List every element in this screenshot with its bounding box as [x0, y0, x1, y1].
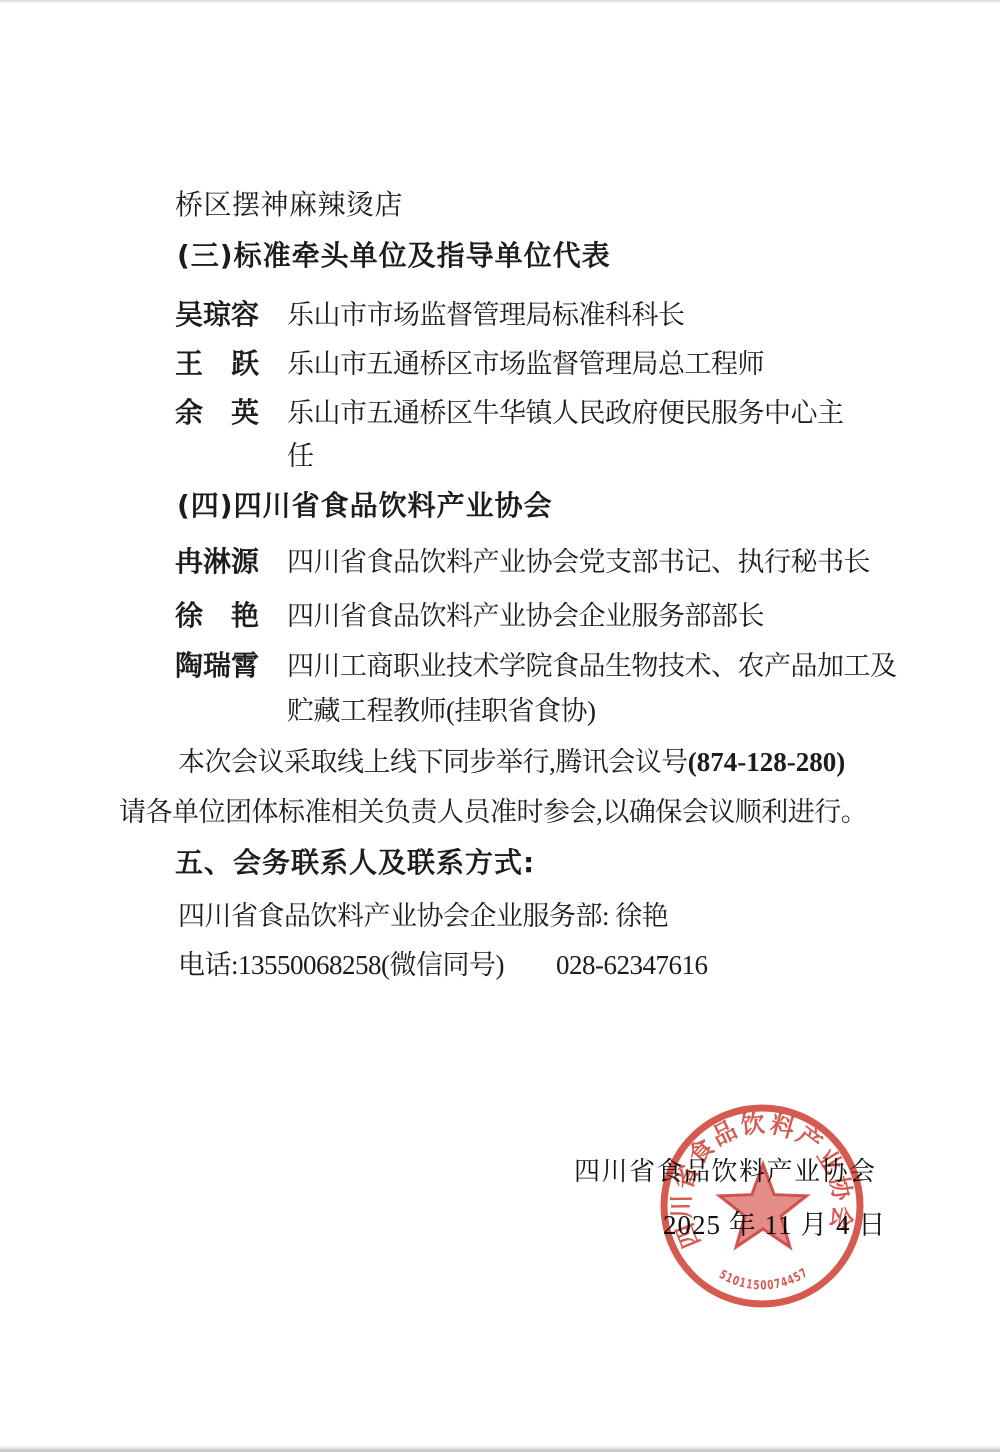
- rep-name: 余 英: [175, 391, 287, 431]
- rep-title: 乐山市五通桥区市场监督管理局总工程师: [287, 349, 764, 379]
- rep-name: 冉淋源: [175, 540, 287, 580]
- rep-title: 乐山市五通桥区牛华镇人民政府便民服务中心主: [287, 398, 844, 428]
- seal-star: [719, 1164, 806, 1247]
- representative-row: 余 英乐山市五通桥区牛华镇人民政府便民服务中心主: [175, 391, 844, 431]
- phone-line: 电话:13550068258(微信同号)028-62347616: [178, 949, 708, 981]
- office-phone-number: 028-62347616: [556, 950, 708, 980]
- official-seal: 四川省食品饮料产业协会 5101150074457: [650, 1096, 874, 1320]
- phone-label: 电话:: [178, 950, 238, 980]
- seal-serial-holder: 5101150074457: [717, 1264, 811, 1292]
- meeting-note-text: 本次会议采取线上线下同步举行,腾讯会议号: [178, 747, 688, 777]
- rep-title: 四川工商职业技术学院食品生物技术、农产品加工及: [287, 651, 897, 681]
- scan-edge-bottom: [0, 1445, 1000, 1452]
- scan-edge-top: [0, 0, 1000, 4]
- rep-title: 四川省食品饮料产业协会企业服务部部长: [287, 601, 764, 631]
- section-three-heading: (三)标准牵头单位及指导单位代表: [177, 239, 611, 273]
- meeting-id: (874-128-280): [688, 747, 845, 777]
- mobile-phone-number: 13550068258(微信同号): [238, 950, 504, 980]
- representative-row: 冉淋源四川省食品饮料产业协会党支部书记、执行秘书长: [175, 540, 870, 580]
- rep-name: 陶瑞霄: [175, 644, 287, 684]
- contact-line: 四川省食品饮料产业协会企业服务部: 徐艳: [178, 900, 668, 932]
- representative-row: 陶瑞霄四川工商职业技术学院食品生物技术、农产品加工及: [175, 644, 897, 684]
- rep-title: 乐山市市场监督管理局标准科科长: [287, 300, 685, 330]
- document-page: 桥区摆神麻辣烫店 (三)标准牵头单位及指导单位代表 吴琼容乐山市市场监督管理局标…: [0, 0, 1000, 1452]
- representative-row: 徐 艳四川省食品饮料产业协会企业服务部部长: [175, 594, 764, 634]
- wrap-line: 桥区摆神麻辣烫店: [175, 189, 403, 223]
- rep-title-wrap: 贮藏工程教师(挂职省食协): [287, 695, 595, 727]
- representative-row: 王 跃乐山市五通桥区市场监督管理局总工程师: [175, 342, 764, 382]
- rep-title: 四川省食品饮料产业协会党支部书记、执行秘书长: [287, 547, 870, 577]
- section-five-heading: 五、会务联系人及联系方式:: [175, 846, 535, 880]
- rep-name: 吴琼容: [175, 293, 287, 333]
- section-four-heading: (四)四川省食品饮料产业协会: [177, 489, 553, 523]
- rep-name: 徐 艳: [175, 594, 287, 634]
- representative-row: 吴琼容乐山市市场监督管理局标准科科长: [175, 293, 685, 333]
- meeting-note-line-1: 本次会议采取线上线下同步举行,腾讯会议号(874-128-280): [178, 746, 845, 778]
- rep-title-wrap: 任: [287, 440, 314, 472]
- meeting-note-line-2: 请各单位团体标准相关负责人员准时参会,以确保会议顺利进行。: [119, 796, 867, 828]
- seal-serial-number: 5101150074457: [717, 1264, 811, 1292]
- rep-name: 王 跃: [175, 342, 287, 382]
